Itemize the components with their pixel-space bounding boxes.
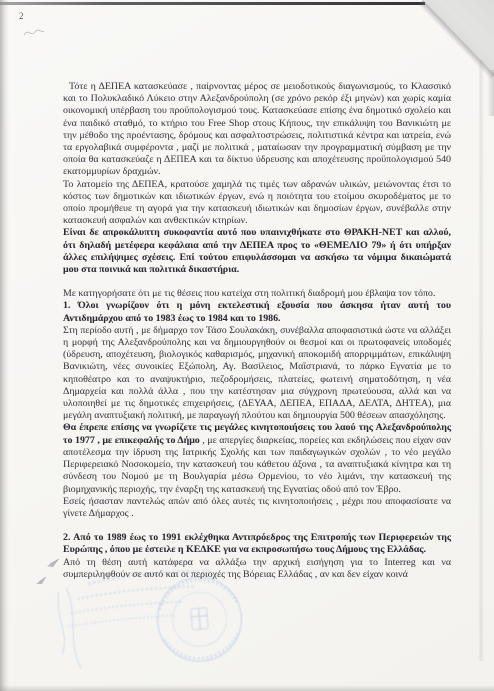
- scan-left-edge: [0, 0, 9, 691]
- scan-top-edge: [0, 2, 425, 5]
- scanned-document-page: 2 Τότε η ΔΕΠΕΑ κατασκεύασε: [0, 0, 494, 691]
- paragraph: Με κατηγορήσατε ότι με τις θέσεις που κα…: [63, 288, 451, 300]
- letter-body: Τότε η ΔΕΠΕΑ κατασκεύασε , παίρνοντας μέ…: [63, 81, 451, 581]
- text-run: Στη περίοδο αυτή , με δήμαρχο τον Τάσο Σ…: [63, 325, 451, 421]
- paragraph: Είναι δε απροκάλυπτη συκοφαντία αυτό που…: [63, 227, 451, 276]
- bold-text-run: 1. Όλοι γνωρίζουν ότι η μόνη εκτελεστική…: [63, 300, 451, 323]
- blue-ink-seal-icon: [48, 566, 266, 688]
- paragraph: Εσείς ήσασταν παντελώς απών από όλες αυτ…: [63, 496, 451, 520]
- paragraph: Θα έπρεπε επίσης να γνωρίζετε τις μεγάλε…: [63, 422, 451, 495]
- bold-text-run: Είναι δε απροκάλυπτη συκοφαντία αυτό που…: [63, 227, 451, 275]
- pencil-scribble: [21, 25, 47, 39]
- paragraph: 1. Όλοι γνωρίζουν ότι η μόνη εκτελεστική…: [63, 300, 451, 324]
- paragraph: Τότε η ΔΕΠΕΑ κατασκεύασε , παίρνοντας μέ…: [63, 81, 451, 179]
- page-number: 2: [19, 11, 24, 21]
- text-run: Με κατηγορήσατε ότι με τις θέσεις που κα…: [63, 288, 435, 299]
- text-run: Το λατομείο της ΔΕΠΕΑ, κρατούσε χαμηλά τ…: [63, 179, 451, 227]
- bold-text-run: 2. Από το 1989 έως το 1991 εκλέχθηκα Αντ…: [63, 532, 451, 555]
- paragraph: Στη περίοδο αυτή , με δήμαρχο τον Τάσο Σ…: [63, 325, 451, 423]
- paper-crease: [478, 60, 484, 661]
- text-run: Τότε η ΔΕΠΕΑ κατασκεύασε , παίρνοντας μέ…: [63, 81, 451, 177]
- paragraph: 2. Από το 1989 έως το 1991 εκλέχθηκα Αντ…: [63, 532, 451, 556]
- text-run: Από τη θέση αυτή κατάφερα να αλλάξω την …: [63, 557, 451, 580]
- text-run: Εσείς ήσασταν παντελώς απών από όλες αυτ…: [63, 496, 451, 519]
- paragraph: Από τη θέση αυτή κατάφερα να αλλάξω την …: [63, 557, 451, 581]
- paragraph: Το λατομείο της ΔΕΠΕΑ, κρατούσε χαμηλά τ…: [63, 179, 451, 228]
- scan-right-edge: [487, 70, 494, 116]
